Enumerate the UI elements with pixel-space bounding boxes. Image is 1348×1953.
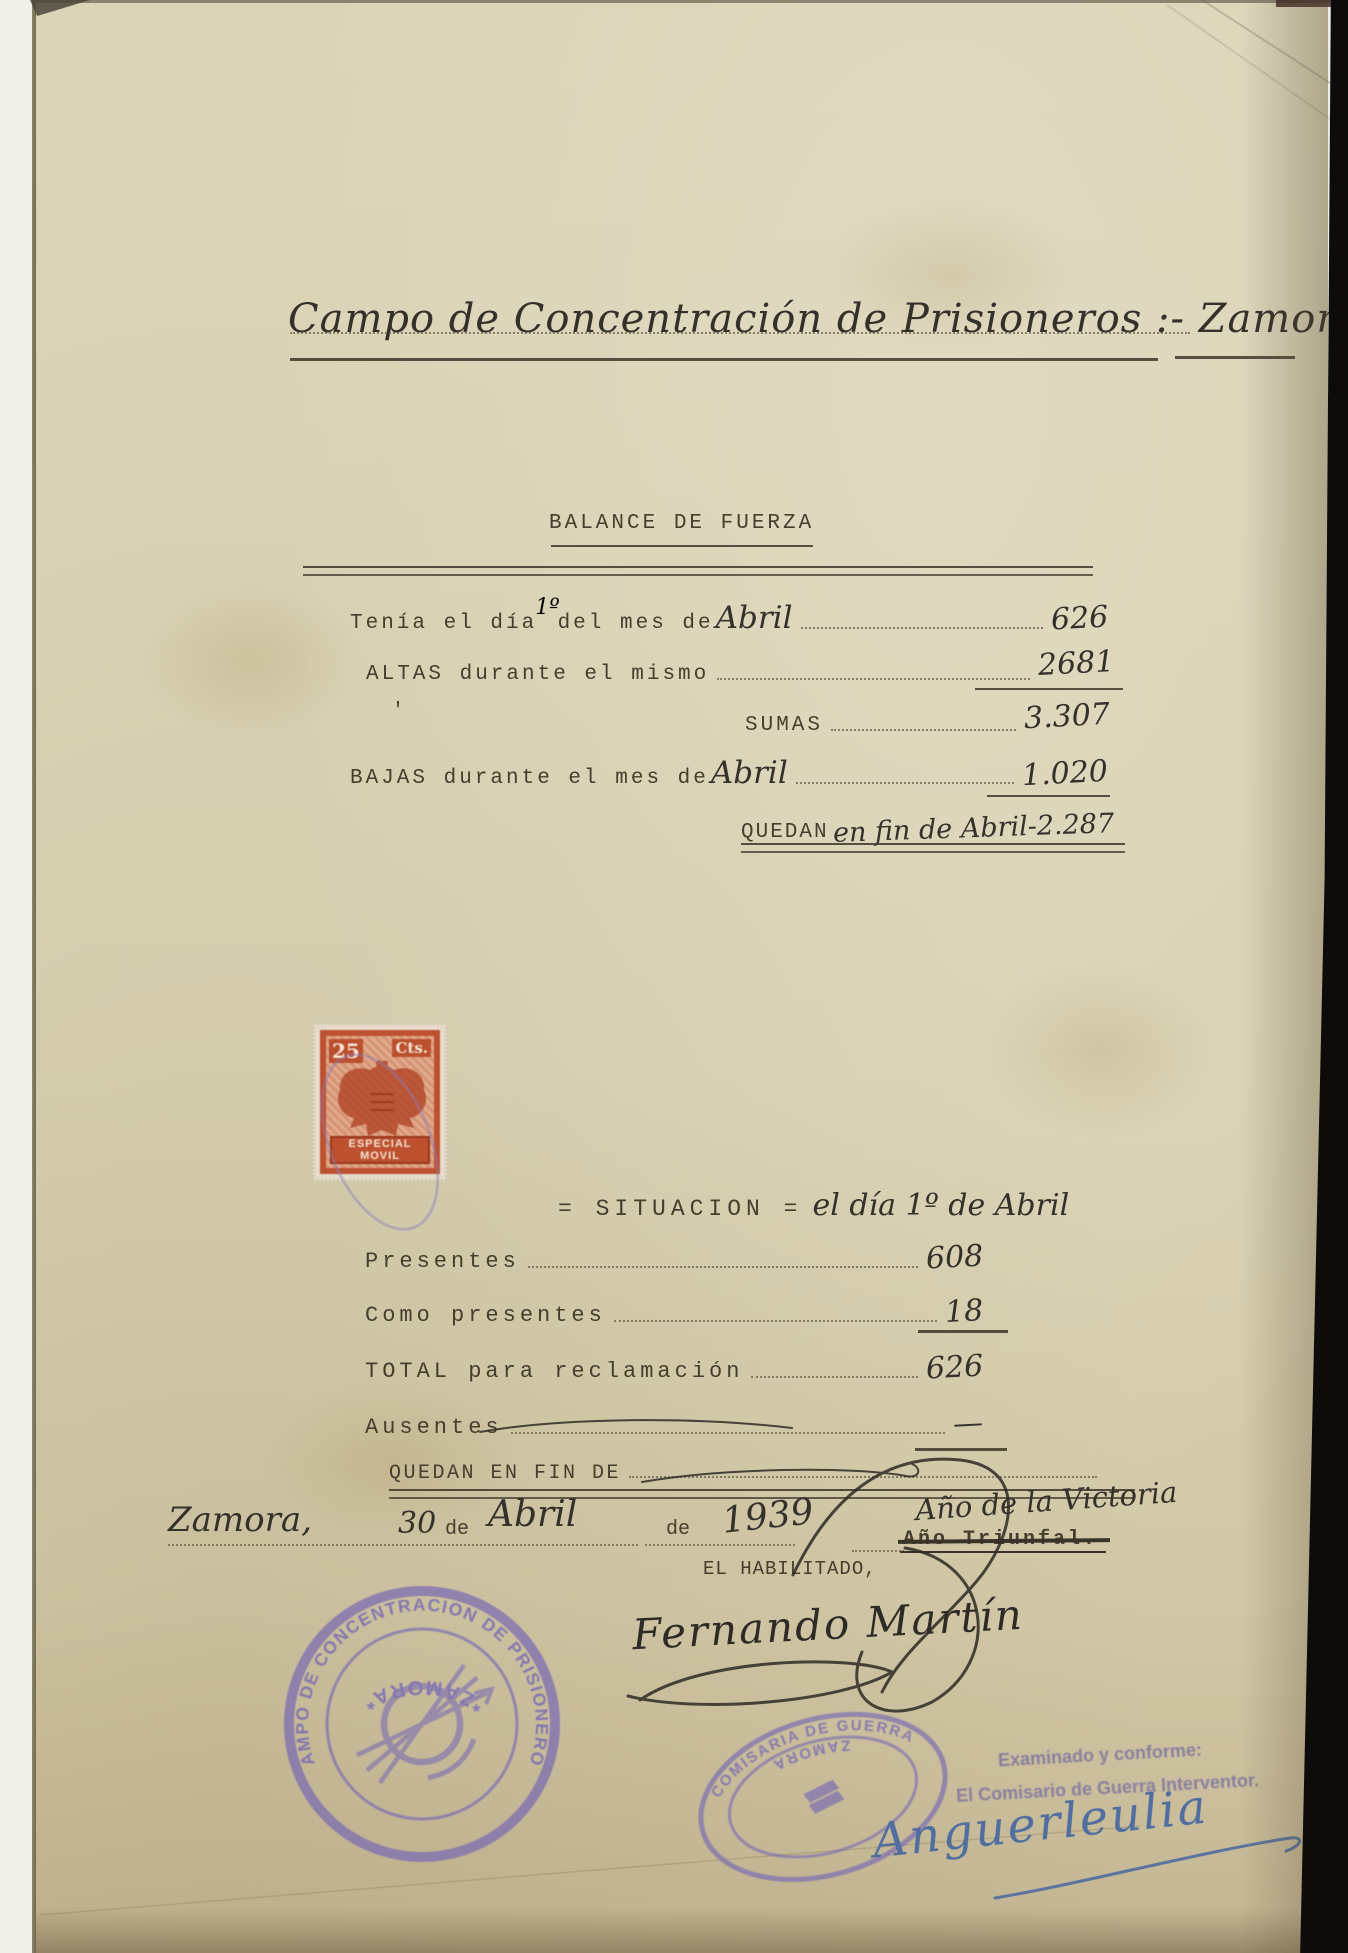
svg-text:*ZAMORA*: *ZAMORA* [356,1676,488,1717]
sum-line [915,1448,1007,1451]
camp-round-stamp: CAMPO DE CONCENTRACION DE PRISIONEROS *Z… [272,1574,572,1874]
row-label: Presentes [365,1249,520,1274]
paper-stain [980,960,1220,1140]
oval-stamp-emblem [802,1778,846,1815]
handwritten-value: 18 [944,1293,984,1330]
balance-row-bajas: BAJAS durante el mes de Abril 1.020 [350,755,1108,791]
situacion-header: = SITUACION = el día 1º de Abril [558,1188,1069,1223]
eagle-emblem [328,1056,436,1148]
dateline-dotted-line [645,1544,795,1546]
scanner-background [0,0,36,1953]
sum-line [987,795,1110,797]
dateline-dotted-line [852,1550,904,1552]
row-label: Ausentes [365,1415,503,1440]
scanned-document-page: Campo de Concentración de Prisioneros :-… [0,0,1348,1953]
situacion-handwritten-date: el día 1º de Abril [812,1188,1069,1223]
row-label: SUMAS [745,714,823,737]
document-heading: BALANCE DE FUERZA [549,512,814,535]
row-label: del mes de [558,612,714,635]
title-underline [290,358,1158,361]
fiscal-stamp-frame: 25 Cts. ESPECIAL MOVIL [320,1030,440,1174]
quedan-en-fin-row: QUEDAN EN FIN DE [389,1462,1105,1485]
dateline-place: Zamora, [168,1500,312,1540]
handwritten-value: 3.307 [1023,697,1111,736]
dotted-leader [629,1476,1097,1478]
handwritten-value: 626 [925,1349,984,1387]
balance-row-altas: ALTAS durante el mismo 2681 [366,652,1114,687]
handwritten-value: 1.020 [1021,754,1109,793]
total-rule [741,843,1125,853]
balance-row-sumas: SUMAS 3.307 [745,703,1110,738]
stray-apostrophe: ' [392,700,404,723]
dotted-leader [511,1432,945,1434]
row-label: Tenía el día [350,612,537,635]
bottom-shadow [36,1908,1328,1953]
dateline-month: Abril [488,1494,577,1535]
situacion-row: Ausentes — [365,1406,983,1441]
handwritten-value: 2681 [1037,644,1115,683]
signatory-role: EL HABILITADO, [703,1558,877,1580]
situacion-typed: = SITUACION = [558,1196,802,1222]
handwritten-value: 608 [925,1239,984,1277]
dotted-leader [717,678,1029,680]
handwritten-value: — [952,1405,984,1442]
dotted-leader [801,627,1043,629]
handwritten-month: Abril [711,755,788,791]
situacion-row: Como presentes 18 [365,1294,983,1329]
dotted-leader [796,782,1014,784]
stamp-caption: ESPECIAL MOVIL [330,1136,430,1164]
dotted-leader [751,1376,917,1378]
paper-top-edge [36,0,1330,3]
balance-row-tenia: Tenía el día 1º del mes de Abril 626 [350,600,1108,636]
row-label: QUEDAN EN FIN DE [389,1462,621,1485]
balance-row-quedan: QUEDAN en fin de Abril-2.287 [741,813,1121,844]
handwritten-superscript-day: 1º [535,595,559,620]
dateline-dotted-line [168,1544,638,1546]
fiscal-stamp-25cts: 25 Cts. ESPECIAL MOVIL [313,1023,447,1181]
handwritten-month: Abril [716,600,793,636]
stamp-unit: Cts. [392,1039,431,1057]
row-label: QUEDAN [741,821,829,844]
section-rule [303,566,1093,576]
dateline-de: de [666,1518,690,1541]
row-label: Como presentes [365,1303,606,1328]
situacion-row: TOTAL para reclamación 626 [365,1350,983,1385]
paper-stain [140,580,360,740]
sum-line [918,1330,1008,1333]
row-label: TOTAL para reclamación [365,1359,743,1384]
dotted-leader [831,729,1016,731]
row-label: ALTAS durante el mismo [366,663,709,686]
paper-left-edge [32,0,36,1953]
sum-line [975,688,1123,690]
dotted-leader [528,1266,918,1268]
handwritten-value: 626 [1050,600,1109,638]
dotted-leader [614,1320,937,1322]
heading-underline [551,545,813,547]
situacion-row: Presentes 608 [365,1240,983,1275]
round-stamp-arc-bottom: *ZAMORA* [356,1676,488,1717]
struck-underline [900,1551,1106,1553]
row-label: BAJAS durante el mes de [350,767,709,790]
letterhead-title: Campo de Concentración de Prisioneros :-… [288,296,1308,342]
dateline-day: 30 [398,1506,436,1541]
title-underline-dotted [290,332,1190,334]
dateline-de: de [445,1518,469,1541]
